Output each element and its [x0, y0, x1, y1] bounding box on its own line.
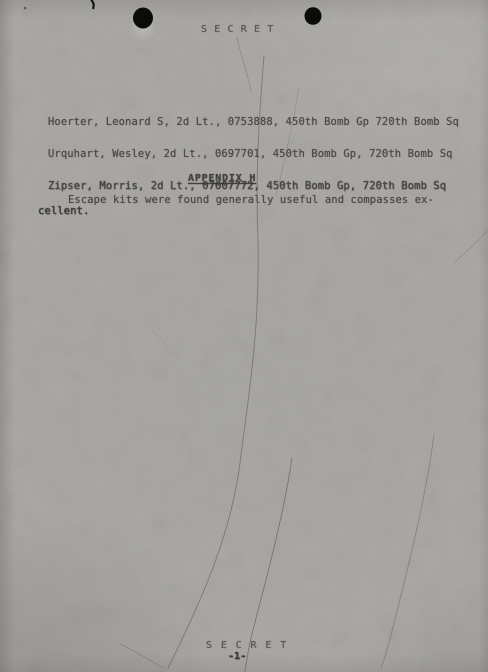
roster-line: Hoerter, Leonard S, 2d Lt., 0753888, 450…: [48, 117, 459, 128]
page-number: -1-: [228, 651, 246, 662]
punch-hole: [305, 7, 322, 25]
stray-speck: [24, 7, 27, 10]
appendix-body-line: Escape kits were found generally useful …: [68, 195, 434, 206]
classification-header: S E C R E T: [201, 24, 274, 35]
roster-line: Urquhart, Wesley, 2d Lt., 0697701, 450th…: [48, 149, 459, 160]
appendix-heading: APPENDIX H: [188, 173, 256, 184]
scanned-document-page: S E C R E T Hoerter, Leonard S, 2d Lt., …: [0, 0, 488, 672]
appendix-body-line: cellent.: [38, 206, 89, 217]
classification-footer: S E C R E T: [206, 640, 288, 651]
stray-ink-mark: [91, 0, 94, 9]
punch-hole: [133, 8, 153, 29]
